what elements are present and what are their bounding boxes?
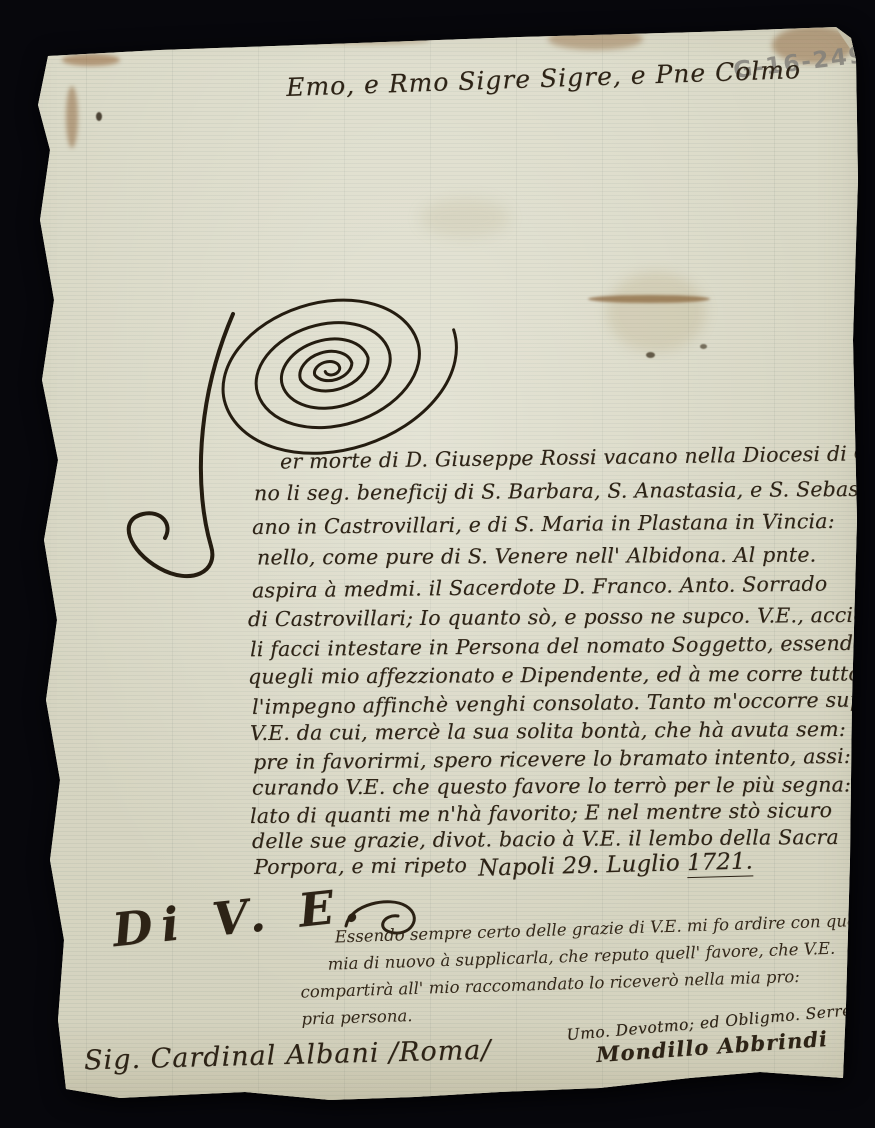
body-line: no li seg. beneficij di S. Barbara, S. A… [254, 477, 875, 505]
stain [66, 86, 78, 148]
body-line: li facci intestare in Persona del nomato… [250, 631, 866, 661]
body-line: nello, come pure di S. Venere nell' Albi… [257, 543, 816, 570]
initial-letter-flourish [95, 262, 465, 592]
stain [548, 28, 643, 50]
body-line: er morte di D. Giuseppe Rossi vacano nel… [280, 441, 875, 474]
dateline-year: 1721. [687, 848, 754, 878]
stain [96, 112, 102, 121]
body-line: lato di quanti me n'hà favorito; E nel m… [250, 798, 832, 828]
stain [62, 54, 120, 66]
body-line: ano in Castrovillari, e di S. Maria in P… [252, 509, 835, 539]
stain [700, 344, 707, 349]
body-line: aspira à medmi. il Sacerdote D. Franco. … [252, 571, 828, 602]
stain [588, 295, 710, 303]
stain [420, 198, 510, 238]
stain [300, 36, 430, 45]
body-line: l'impegno affinchè venghi consolato. Tan… [252, 687, 875, 719]
body-line: curando V.E. che questo favore lo terrò … [252, 772, 851, 799]
body-line: di Castrovillari; Io quanto sò, e posso … [248, 603, 866, 631]
dateline-place: Napoli 29. Luglio [478, 850, 688, 881]
body-line: Porpora, e mi ripeto [254, 853, 467, 879]
body-line: V.E. da cui, mercè la sua solita bontà, … [250, 717, 846, 745]
paper-sheet: G-16-249 Emo, e Rmo Sigre Sigre, e Pne C… [0, 0, 875, 1128]
stain [606, 272, 706, 352]
dateline: Napoli 29. Luglio 1721. [478, 848, 753, 881]
photo-background: G-16-249 Emo, e Rmo Sigre Sigre, e Pne C… [0, 0, 875, 1128]
body-line: quegli mio affezzionato e Dipendente, ed… [248, 661, 861, 688]
paper-wrapper: G-16-249 Emo, e Rmo Sigre Sigre, e Pne C… [0, 0, 875, 1128]
salutation-line: Emo, e Rmo Sigre Sigre, e Pne Colmo [286, 55, 802, 102]
stain [646, 352, 655, 358]
address-line: Sig. Cardinal Albani /Roma/ [84, 1035, 492, 1077]
body-line: pre in favorirmi, spero ricevere lo bram… [253, 744, 851, 774]
